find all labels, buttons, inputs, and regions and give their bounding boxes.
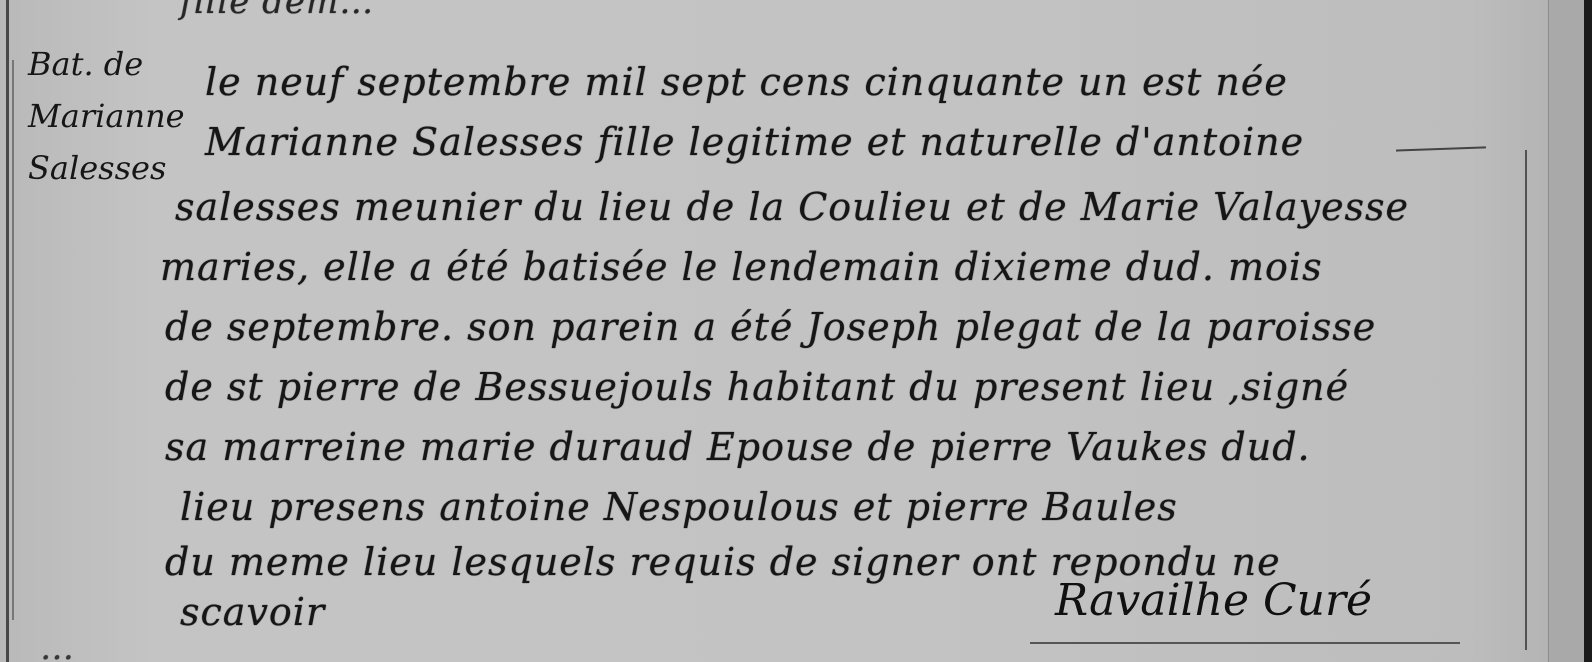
- margin-note: Bat. de Marianne Salesses: [28, 38, 185, 194]
- page-binding-edge: [6, 0, 9, 662]
- margin-note-line: Salesses: [28, 142, 185, 194]
- entry-line: salesses meunier du lieu de la Coulieu e…: [175, 185, 1409, 229]
- previous-entry-partial-line: fille dem…: [180, 0, 374, 22]
- entry-separator-rule: [1030, 642, 1460, 644]
- right-margin-rule: [1525, 150, 1527, 650]
- entry-line: de septembre. son parein a été Joseph pl…: [165, 305, 1376, 349]
- entry-line: le neuf septembre mil sept cens cinquant…: [205, 60, 1288, 104]
- line-end-flourish: [1396, 146, 1486, 151]
- entry-line: de st pierre de Bessuejouls habitant du …: [165, 365, 1349, 409]
- register-page-scan: fille dem… Bat. de Marianne Salesses le …: [0, 0, 1548, 662]
- margin-rule: [12, 60, 14, 620]
- entry-line: maries, elle a été batisée le lendemain …: [160, 245, 1323, 289]
- entry-line: Marianne Salesses fille legitime et natu…: [205, 120, 1304, 164]
- next-entry-partial-line: …: [40, 628, 75, 662]
- entry-line: lieu presens antoine Nespoulous et pierr…: [180, 485, 1178, 529]
- priest-signature: Ravailhe Curé: [1055, 575, 1372, 626]
- entry-line: sa marreine marie duraud Epouse de pierr…: [165, 425, 1311, 469]
- margin-note-line: Bat. de: [28, 38, 185, 90]
- entry-line: scavoir: [180, 590, 325, 634]
- margin-note-line: Marianne: [28, 90, 185, 142]
- scan-outer-edge: [1584, 0, 1592, 662]
